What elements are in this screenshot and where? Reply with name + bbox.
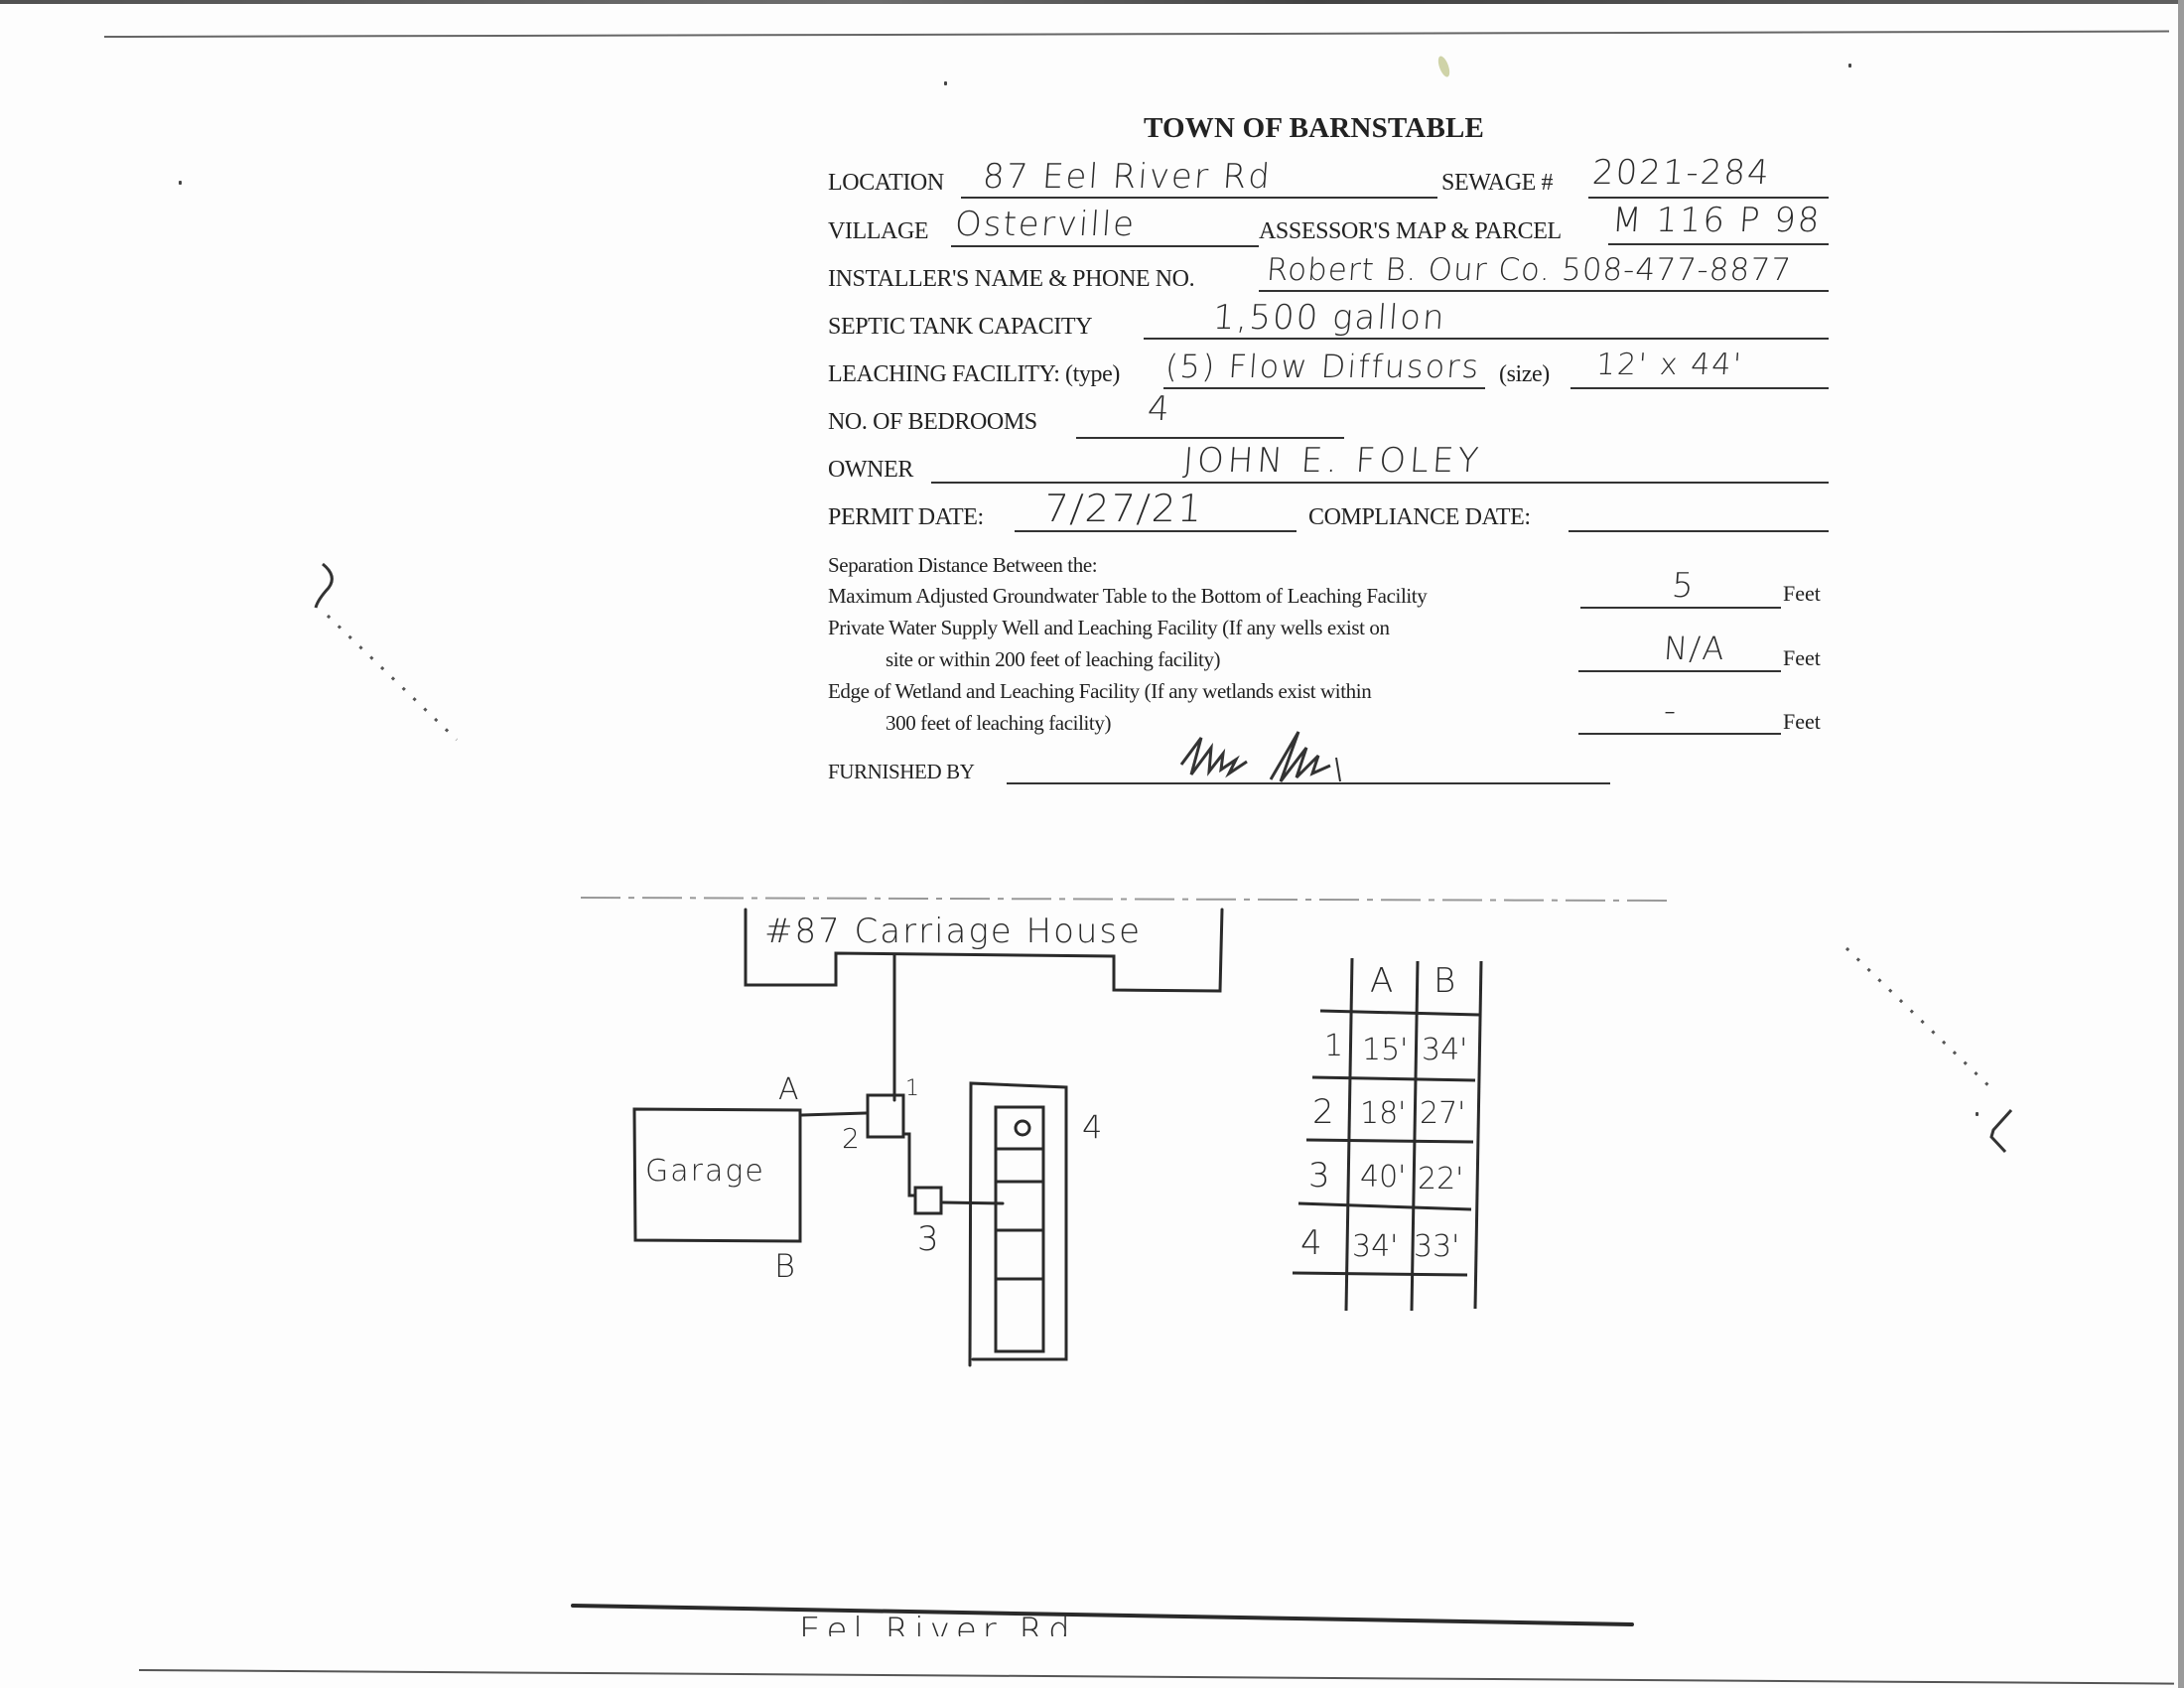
corner-a-label: A <box>778 1072 799 1107</box>
site-plan-sketch <box>0 0 2184 1688</box>
garage-label: Garage <box>645 1154 765 1189</box>
point-4-label: 4 <box>1082 1108 1102 1146</box>
tie-table-header-b: B <box>1433 961 1455 1001</box>
point-1-label: 1 <box>905 1076 919 1101</box>
tie-table-row-point: 2 <box>1312 1092 1334 1132</box>
carriage-house-label: #87 Carriage House <box>764 912 1142 951</box>
tie-table-row-point: 1 <box>1324 1029 1343 1063</box>
tie-table-row-point: 4 <box>1300 1223 1322 1263</box>
tie-table-cell-b: 22' <box>1418 1162 1463 1196</box>
tie-table-cell-a: 15' <box>1362 1033 1408 1067</box>
tie-table-cell-b: 34' <box>1422 1033 1467 1067</box>
tie-table-header-a: A <box>1370 961 1393 1001</box>
tie-table-cell-a: 40' <box>1360 1160 1406 1195</box>
distribution-box <box>915 1188 941 1213</box>
leaching-area-outline <box>970 1083 1066 1365</box>
septic-tank <box>868 1095 903 1137</box>
tie-table-row-point: 3 <box>1308 1156 1330 1196</box>
tie-table-cell-a: 34' <box>1352 1229 1398 1264</box>
point-3-label: 3 <box>917 1219 939 1259</box>
tie-table-cell-b: 33' <box>1414 1229 1459 1264</box>
tie-table-cell-b: 27' <box>1420 1096 1465 1131</box>
point-2-label: 2 <box>842 1122 860 1155</box>
corner-b-label: B <box>774 1247 795 1285</box>
tie-table-cell-a: 18' <box>1360 1096 1406 1131</box>
road-label: Eel River Rd <box>799 1611 1076 1636</box>
observation-port <box>1016 1121 1029 1135</box>
road-edge-line <box>573 1606 1632 1624</box>
